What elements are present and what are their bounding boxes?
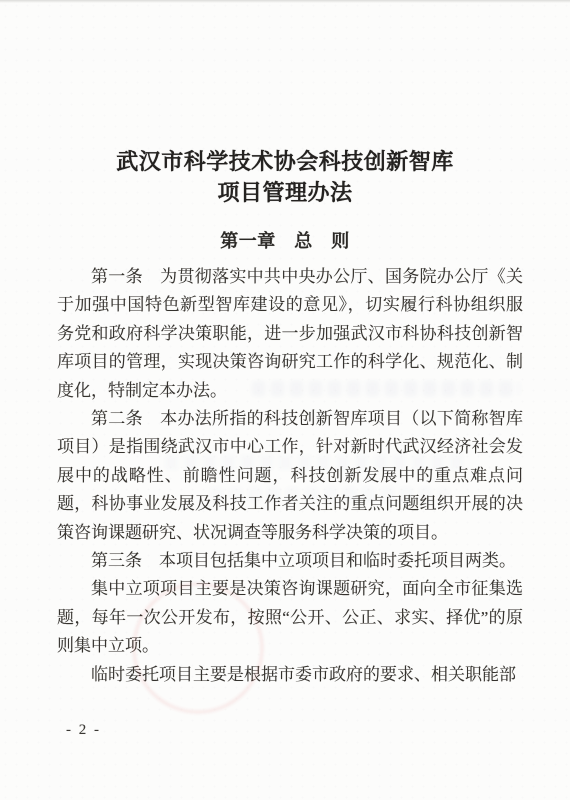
- paragraph-entrusted-projects: 临时委托项目主要是根据市委市政府的要求、相关职能部: [57, 661, 523, 689]
- document-title: 武汉市科学技术协会科技创新智库 项目管理办法: [0, 146, 570, 208]
- page-number: - 2 -: [66, 722, 101, 739]
- chapter-heading: 第一章 总 则: [0, 227, 570, 253]
- paragraph-centralized-projects: 集中立项项目主要是决策咨询课题研究，面向全市征集选题，每年一次公开发布，按照“公…: [57, 575, 523, 660]
- paragraph-article-3: 第三条 本项目包括集中立项项目和临时委托项目两类。: [57, 547, 523, 575]
- document-body: 第一条 为贯彻落实中共中央办公厅、国务院办公厅《关于加强中国特色新型智库建设的意…: [57, 263, 523, 689]
- paragraph-article-2: 第二条 本办法所指的科技创新智库项目（以下简称智库项目）是指围绕武汉市中心工作，…: [57, 405, 523, 547]
- document-title-line-1: 武汉市科学技术协会科技创新智库: [0, 146, 570, 177]
- scan-edge: [0, 0, 570, 3]
- paragraph-article-1: 第一条 为贯彻落实中共中央办公厅、国务院办公厅《关于加强中国特色新型智库建设的意…: [57, 263, 523, 405]
- document-title-line-2: 项目管理办法: [0, 177, 570, 208]
- scanned-document-page: 武汉市科学技术协会科技创新智库 项目管理办法 第一章 总 则 第一条 为贯彻落实…: [0, 0, 570, 800]
